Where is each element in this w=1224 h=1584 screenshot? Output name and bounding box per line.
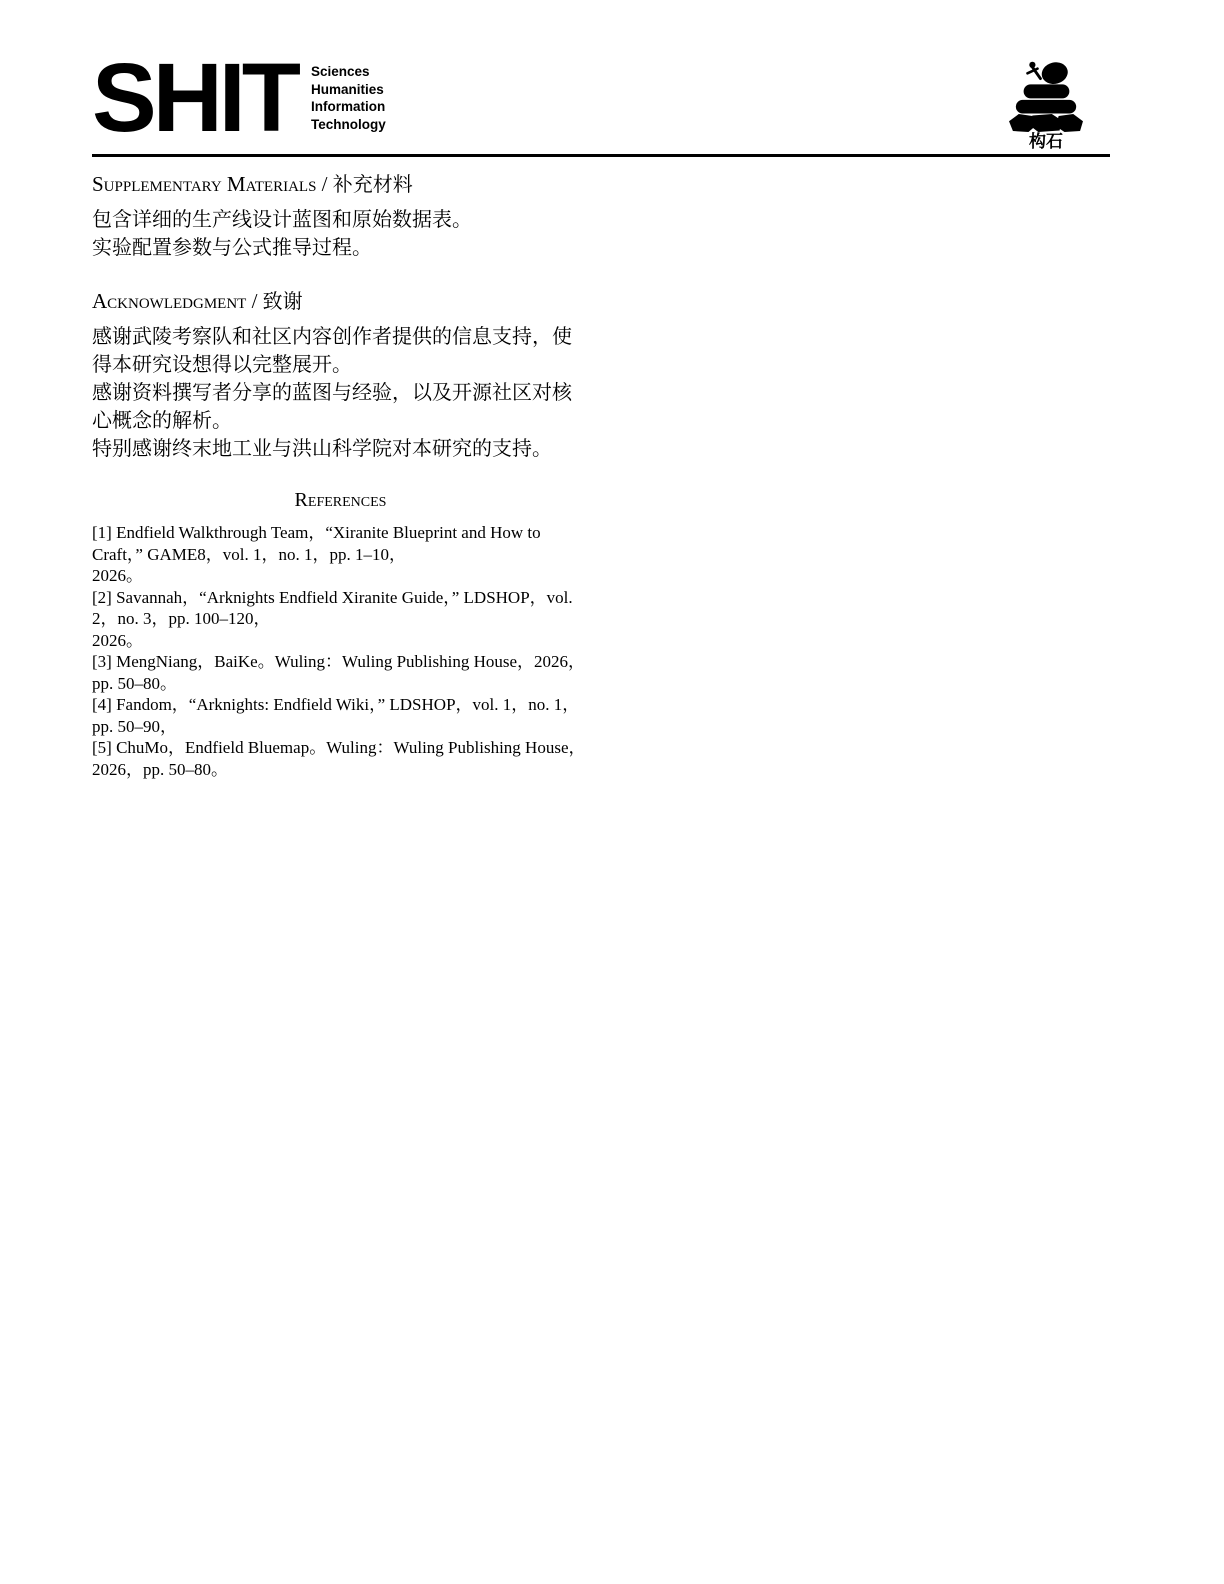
reference-item: [4] Fandom，“Arknights: Endfield Wiki，” L… bbox=[92, 694, 589, 737]
acknowledgment-heading: Acknowledgment / 致谢 bbox=[92, 287, 589, 316]
supplementary-heading: Supplementary Materials / 补充材料 bbox=[92, 170, 589, 199]
references-section: References [1] Endfield Walkthrough Team… bbox=[92, 488, 589, 780]
acknowledgment-section: Acknowledgment / 致谢 感谢武陵考察队和社区内容创作者提供的信息… bbox=[92, 287, 589, 463]
journal-wordmark: SHIT bbox=[92, 60, 297, 136]
acknowledgment-paragraph: 特别感谢终末地工业与洪山科学院对本研究的支持。 bbox=[92, 435, 589, 463]
heading-separator: / bbox=[252, 289, 258, 313]
acknowledgment-paragraph: 感谢武陵考察队和社区内容创作者提供的信息支持，使得本研究设想得以完整展开。 bbox=[92, 323, 589, 379]
acknowledgment-paragraph: 感谢资料撰写者分享的蓝图与经验，以及开源社区对核心概念的解析。 bbox=[92, 379, 589, 435]
masthead: SHIT Sciences Humanities Information Tec… bbox=[0, 0, 1224, 154]
reference-item: [5] ChuMo，Endfield Bluemap。Wuling：Wuling… bbox=[92, 737, 589, 780]
heading-separator: / bbox=[322, 172, 328, 196]
reference-item: [3] MengNiang，BaiKe。Wuling：Wuling Publis… bbox=[92, 651, 589, 694]
supplementary-paragraph: 实验配置参数与公式推导过程。 bbox=[92, 234, 589, 262]
content-column: Supplementary Materials / 补充材料 包含详细的生产线设… bbox=[92, 170, 589, 780]
acknowledgment-heading-zh: 致谢 bbox=[263, 291, 303, 313]
header-rule bbox=[92, 154, 1110, 157]
reference-item: [1] Endfield Walkthrough Team，“Xiranite … bbox=[92, 522, 589, 587]
publisher-caption: 构石 bbox=[1029, 133, 1063, 151]
supplementary-heading-en: Supplementary Materials bbox=[92, 172, 316, 196]
journal-logo: SHIT Sciences Humanities Information Tec… bbox=[92, 60, 386, 136]
journal-subtitle: Sciences Humanities Information Technolo… bbox=[311, 63, 386, 133]
paper-page: SHIT Sciences Humanities Information Tec… bbox=[0, 0, 1224, 1584]
reference-item: [2] Savannah，“Arknights Endfield Xiranit… bbox=[92, 587, 589, 652]
acknowledgment-heading-en: Acknowledgment bbox=[92, 289, 246, 313]
rock-pile-icon bbox=[1003, 60, 1089, 132]
references-heading: References bbox=[92, 488, 589, 512]
supplementary-section: Supplementary Materials / 补充材料 包含详细的生产线设… bbox=[92, 170, 589, 262]
publisher-logo: 构石 bbox=[998, 60, 1094, 151]
supplementary-heading-zh: 补充材料 bbox=[333, 174, 413, 196]
supplementary-paragraph: 包含详细的生产线设计蓝图和原始数据表。 bbox=[92, 206, 589, 234]
